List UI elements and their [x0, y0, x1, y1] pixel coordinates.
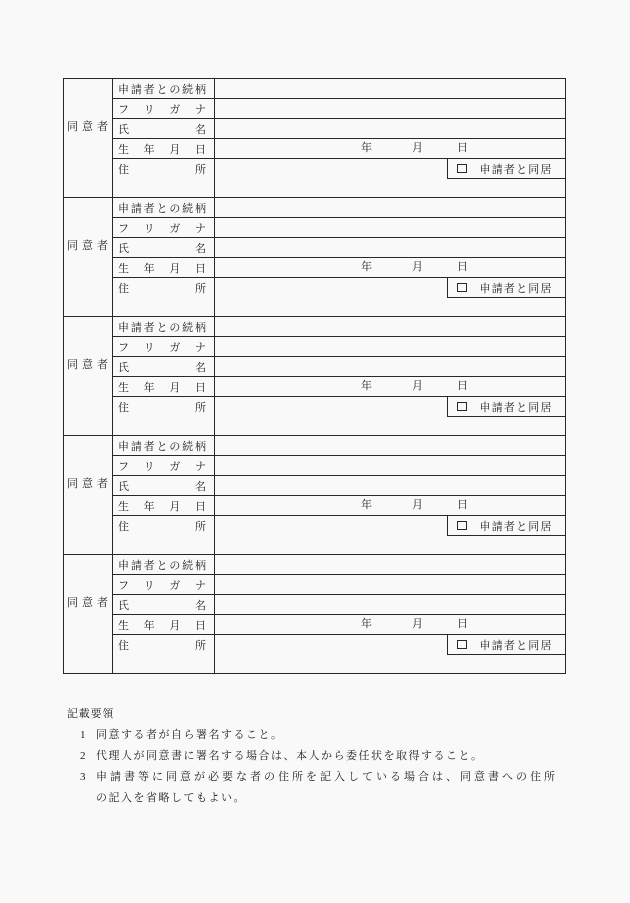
furigana-label: フリガナ — [118, 218, 206, 237]
birthdate-label: 生年月日 — [118, 258, 206, 277]
relationship-label: 申請者との続柄 — [118, 555, 206, 574]
birthdate-label-cell: 生年月日 — [113, 496, 215, 516]
year-unit-label: 年 — [361, 496, 372, 515]
address-label-cell: 住所 — [113, 278, 215, 316]
furigana-label-cell: フリガナ — [113, 337, 215, 357]
day-unit-label: 日 — [457, 496, 468, 515]
relationship-label-cell: 申請者との続柄 — [113, 436, 215, 456]
note-item: 2 代理人が同意書に署名する場合は、本人から委任状を取得すること。 — [80, 746, 567, 767]
consent-entry-block: 同意者 申請者との続柄 フリガナ 氏名 生年月日 年 月 日 — [64, 436, 565, 555]
group-header-cell: 同意者 — [64, 79, 113, 197]
cohabit-label: 申請者と同居 — [480, 280, 553, 296]
furigana-input-area — [215, 337, 565, 357]
name-label: 氏名 — [118, 476, 206, 495]
consent-entry-block: 同意者 申請者との続柄 フリガナ 氏名 生年月日 年 月 日 — [64, 198, 565, 317]
name-input-area — [215, 595, 565, 615]
address-label-cell: 住所 — [113, 159, 215, 197]
name-label-cell: 氏名 — [113, 357, 215, 377]
address-label: 住所 — [118, 635, 206, 654]
note-item: 1 同意する者が自ら署名すること。 — [80, 725, 567, 746]
furigana-label: フリガナ — [118, 575, 206, 594]
relationship-input-area — [215, 198, 565, 218]
cohabit-option: 申請者と同居 — [447, 516, 565, 536]
furigana-label: フリガナ — [118, 99, 206, 118]
name-label: 氏名 — [118, 357, 206, 376]
furigana-label-cell: フリガナ — [113, 456, 215, 476]
relationship-label: 申請者との続柄 — [118, 79, 206, 98]
birthdate-input-area: 年 月 日 — [215, 615, 565, 635]
note-number: 3 — [80, 767, 96, 788]
name-label: 氏名 — [118, 119, 206, 138]
address-label-cell: 住所 — [113, 635, 215, 673]
furigana-label-cell: フリガナ — [113, 575, 215, 595]
name-label-cell: 氏名 — [113, 238, 215, 258]
address-label: 住所 — [118, 159, 206, 178]
birthdate-label: 生年月日 — [118, 139, 206, 158]
day-unit-label: 日 — [457, 377, 468, 396]
cohabit-option: 申請者と同居 — [447, 159, 565, 179]
cohabit-checkbox — [457, 521, 467, 531]
name-input-area — [215, 119, 565, 139]
month-unit-label: 月 — [412, 615, 423, 634]
address-input-area: 申請者と同居 — [215, 516, 565, 554]
birthdate-label: 生年月日 — [118, 377, 206, 396]
note-text-line: 申請書等に同意が必要な者の住所を記入している場合は、同意書への住所 — [96, 767, 567, 788]
address-input-area: 申請者と同居 — [215, 159, 565, 197]
birthdate-input-area: 年 月 日 — [215, 377, 565, 397]
month-unit-label: 月 — [412, 496, 423, 515]
group-label: 同意者 — [67, 240, 108, 252]
group-label: 同意者 — [67, 478, 108, 490]
name-label-cell: 氏名 — [113, 119, 215, 139]
note-number: 1 — [80, 725, 96, 746]
address-label: 住所 — [118, 278, 206, 297]
furigana-label-cell: フリガナ — [113, 99, 215, 119]
notes-section: 記載要領 1 同意する者が自ら署名すること。 2 代理人が同意書に署名する場合は… — [67, 704, 567, 809]
birthdate-label: 生年月日 — [118, 615, 206, 634]
note-item: 3 申請書等に同意が必要な者の住所を記入している場合は、同意書への住所 の記入を… — [80, 767, 567, 809]
birthdate-input-area: 年 月 日 — [215, 496, 565, 516]
note-text-line: 代理人が同意書に署名する場合は、本人から委任状を取得すること。 — [96, 746, 567, 767]
furigana-label-cell: フリガナ — [113, 218, 215, 238]
cohabit-checkbox — [457, 164, 467, 174]
relationship-label-cell: 申請者との続柄 — [113, 198, 215, 218]
notes-heading: 記載要領 — [67, 704, 567, 725]
group-label: 同意者 — [67, 121, 108, 133]
birthdate-label-cell: 生年月日 — [113, 139, 215, 159]
furigana-input-area — [215, 99, 565, 119]
address-input-area: 申請者と同居 — [215, 278, 565, 316]
cohabit-checkbox — [457, 283, 467, 293]
relationship-input-area — [215, 79, 565, 99]
group-label: 同意者 — [67, 597, 108, 609]
name-label: 氏名 — [118, 238, 206, 257]
day-unit-label: 日 — [457, 258, 468, 277]
cohabit-label: 申請者と同居 — [480, 399, 553, 415]
name-input-area — [215, 357, 565, 377]
relationship-input-area — [215, 436, 565, 456]
address-label-cell: 住所 — [113, 516, 215, 554]
year-unit-label: 年 — [361, 139, 372, 158]
day-unit-label: 日 — [457, 615, 468, 634]
address-label: 住所 — [118, 516, 206, 535]
birthdate-label: 生年月日 — [118, 496, 206, 515]
furigana-input-area — [215, 218, 565, 238]
cohabit-checkbox — [457, 402, 467, 412]
birthdate-label-cell: 生年月日 — [113, 377, 215, 397]
birthdate-label-cell: 生年月日 — [113, 615, 215, 635]
month-unit-label: 月 — [412, 258, 423, 277]
relationship-label-cell: 申請者との続柄 — [113, 79, 215, 99]
cohabit-label: 申請者と同居 — [480, 518, 553, 534]
group-header-cell: 同意者 — [64, 436, 113, 554]
group-label: 同意者 — [67, 359, 108, 371]
consent-entry-block: 同意者 申請者との続柄 フリガナ 氏名 生年月日 年 月 日 — [64, 555, 565, 673]
cohabit-option: 申請者と同居 — [447, 278, 565, 298]
address-label-cell: 住所 — [113, 397, 215, 435]
group-header-cell: 同意者 — [64, 198, 113, 316]
cohabit-label: 申請者と同居 — [480, 637, 553, 653]
birthdate-input-area: 年 月 日 — [215, 139, 565, 159]
relationship-label-cell: 申請者との続柄 — [113, 317, 215, 337]
address-input-area: 申請者と同居 — [215, 397, 565, 435]
address-input-area: 申請者と同居 — [215, 635, 565, 673]
month-unit-label: 月 — [412, 139, 423, 158]
name-input-area — [215, 238, 565, 258]
relationship-label: 申請者との続柄 — [118, 317, 206, 336]
cohabit-label: 申請者と同居 — [480, 161, 553, 177]
group-header-cell: 同意者 — [64, 317, 113, 435]
month-unit-label: 月 — [412, 377, 423, 396]
name-label-cell: 氏名 — [113, 595, 215, 615]
address-label: 住所 — [118, 397, 206, 416]
consent-entry-block: 同意者 申請者との続柄 フリガナ 氏名 生年月日 年 月 日 — [64, 79, 565, 198]
name-label-cell: 氏名 — [113, 476, 215, 496]
cohabit-option: 申請者と同居 — [447, 397, 565, 417]
birthdate-input-area: 年 月 日 — [215, 258, 565, 278]
relationship-input-area — [215, 317, 565, 337]
note-text-line: 同意する者が自ら署名すること。 — [96, 725, 567, 746]
note-number: 2 — [80, 746, 96, 767]
year-unit-label: 年 — [361, 377, 372, 396]
day-unit-label: 日 — [457, 139, 468, 158]
relationship-label-cell: 申請者との続柄 — [113, 555, 215, 575]
consent-table: 同意者 申請者との続柄 フリガナ 氏名 生年月日 年 月 日 — [63, 78, 566, 674]
furigana-input-area — [215, 456, 565, 476]
relationship-label: 申請者との続柄 — [118, 198, 206, 217]
name-input-area — [215, 476, 565, 496]
furigana-input-area — [215, 575, 565, 595]
name-label: 氏名 — [118, 595, 206, 614]
birthdate-label-cell: 生年月日 — [113, 258, 215, 278]
cohabit-option: 申請者と同居 — [447, 635, 565, 655]
document-page: 同意者 申請者との続柄 フリガナ 氏名 生年月日 年 月 日 — [0, 0, 630, 903]
group-header-cell: 同意者 — [64, 555, 113, 673]
relationship-label: 申請者との続柄 — [118, 436, 206, 455]
year-unit-label: 年 — [361, 258, 372, 277]
note-text-line: の記入を省略してもよい。 — [96, 788, 567, 809]
furigana-label: フリガナ — [118, 456, 206, 475]
consent-entry-block: 同意者 申請者との続柄 フリガナ 氏名 生年月日 年 月 日 — [64, 317, 565, 436]
furigana-label: フリガナ — [118, 337, 206, 356]
relationship-input-area — [215, 555, 565, 575]
cohabit-checkbox — [457, 640, 467, 650]
year-unit-label: 年 — [361, 615, 372, 634]
